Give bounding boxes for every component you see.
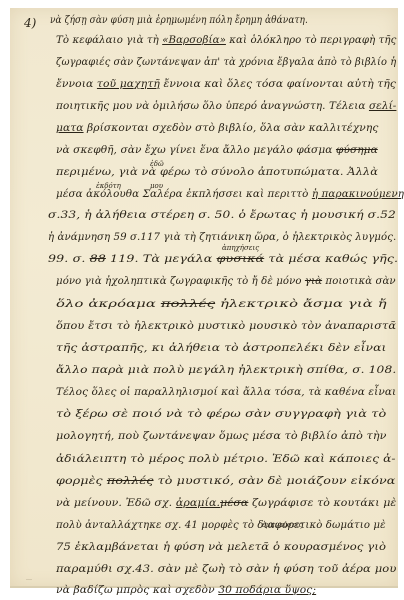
manuscript-line: περιμένω, γιὰ νὰ φέρω τὸ σύνολο ἀποτυπώμ… — [56, 166, 378, 178]
manuscript-line: ζωγραφιές σὰν ζωντάνεψαν ἀπ' τὰ χρόνια ἔ… — [56, 56, 396, 68]
manuscript-line: νὰ βαδίζω μπρὸς καὶ σχεδὸν 30 ποδάρια ὕψ… — [56, 584, 316, 596]
manuscript-line: Τὸ κεφάλαιο γιὰ τὴ «Βαρσοβία» καὶ ὁλόκλη… — [56, 34, 396, 46]
manuscript-line: παραμύθι σχ.43. σὰν μὲ ζωὴ τὸ σὰν ἡ φύση… — [56, 563, 396, 575]
page-mark: … — [26, 575, 32, 582]
interlinear-note: ἐκδότη — [96, 182, 121, 190]
manuscript-line: τὸ ξέρω σὲ ποιό νὰ τὸ φέρω σὰν συγγραφὴ … — [56, 408, 386, 420]
manuscript-line: σ.33, ἡ ἀλήθεια στέρεη σ. 50. ὁ ἔρωτας ἡ… — [48, 209, 396, 221]
manuscript-line: μολογητή, ποὺ ζωντάνεψαν ὅμως μέσα τὸ βι… — [56, 430, 387, 442]
manuscript-line: ματα βρίσκονται σχεδὸν στὸ βιβλίο, ὅλα σ… — [56, 122, 378, 134]
manuscript-line: φορμὲς πολλές τὸ μυστικό, σὰν δὲ μοιάζου… — [56, 475, 395, 487]
manuscript-line: νὰ σκεφθῆ, σὰν ἔχω γίνει ἕνα ἄλλο μεγάλο… — [56, 144, 378, 156]
manuscript-line: τῆς ἀστραπῆς, κι ἀλήθεια τὸ ἀστροπελέκι … — [56, 342, 386, 354]
manuscript-line: ὅπου ἔτσι τὸ ἠλεκτρικὸ μυστικὸ μουσικὸ τ… — [56, 320, 396, 332]
manuscript-line: πολὺ ἀνταλλάχτηκε σχ. 41 μορφὲς τὸ διαφο… — [56, 519, 386, 531]
manuscript-line: ἄλλο παρὰ μιὰ πολὺ μεγάλη ἠλεκτρικὴ σπίθ… — [56, 364, 396, 376]
interlinear-note: ἐμπνεύσεις — [262, 521, 302, 529]
manuscript-line: ἡ ἀνάμνηση 59 σ.117 γιὰ τὴ ζητιάνικη ὥρα… — [48, 231, 396, 243]
manuscript-line: ἀδιάλειπτη τὸ μέρος πολὺ μέτριο. Ἐδῶ καὶ… — [56, 453, 396, 465]
manuscript-line: νὰ μείνουν. Ἐδῶ σχ. ἀραμία.μέσα ζωγράφισ… — [56, 497, 396, 509]
manuscript-line: μόνο γιὰ ἠχοληπτικὰ ζωγραφικῆς τὸ ἤ δὲ μ… — [56, 275, 396, 287]
manuscript-line: 99. σ. 88 119. Τὰ μεγάλα φυσικά τὰ μέσα … — [48, 253, 398, 265]
interlinear-note: ἀπηχήσεις — [222, 244, 259, 252]
interlinear-note: ἐδῶ — [150, 160, 164, 168]
manuscript-line: νὰ ζήσῃ σὰν φύση μιὰ ἐρημωμένη πόλη ἔρημ… — [50, 14, 308, 26]
manuscript-line: Τέλος ὅλες οἱ παραλληλισμοί καὶ ἄλλα τόσ… — [56, 386, 396, 398]
item-number: 4) — [24, 16, 36, 30]
manuscript-line: 75 ἐκλαμβάνεται ἡ φύση νὰ μελετᾶ ὁ κουρα… — [56, 541, 386, 553]
manuscript-line: ὅλο ἀκρόαμα πολλές ἠλεκτρικὸ ἄσμα γιὰ ἤ — [56, 298, 387, 310]
interlinear-note: μου — [150, 182, 163, 190]
manuscript-line: ποιητικῆς μου νὰ ὁμιλήσω ὅλο ὑπερό ἀναγν… — [56, 100, 396, 112]
manuscript-line: ἔννοια τοῦ μαχητῆ ἔννοια καὶ ὅλες τόσα φ… — [56, 78, 396, 90]
